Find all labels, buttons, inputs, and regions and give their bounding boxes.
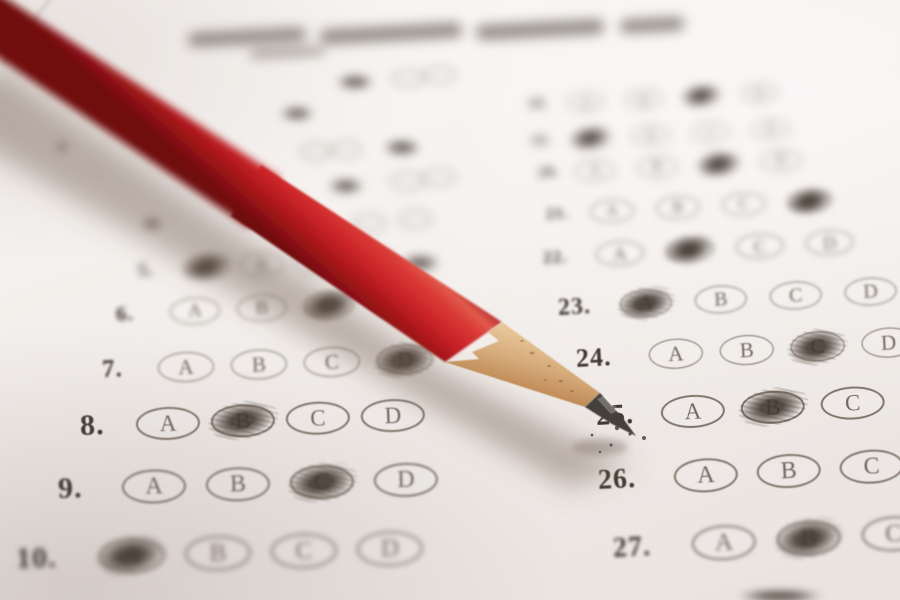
- choice-letter: A: [178, 356, 194, 378]
- blurred-empty-bubble: [300, 143, 332, 160]
- bubble-b: B: [631, 125, 670, 146]
- choice-letter: B: [230, 472, 247, 496]
- header-text-blur: [476, 19, 605, 41]
- bubble-a: A: [169, 296, 220, 325]
- choice-letter: A: [606, 203, 618, 220]
- bubble-a: A: [660, 393, 726, 429]
- bubble-a: A: [571, 128, 610, 149]
- question-number: 20.: [538, 164, 566, 182]
- choice-letter: A: [613, 244, 627, 263]
- choice-letter: D: [381, 536, 400, 561]
- bubble-d: D: [787, 188, 832, 213]
- choice-letter: B: [256, 256, 268, 273]
- choice-letter: B: [651, 160, 662, 176]
- bubble-a: A: [99, 537, 166, 574]
- choice-letter: C: [863, 454, 880, 479]
- question-number: 9.: [58, 471, 96, 506]
- question-number: 24.: [575, 342, 624, 374]
- bubble-a: A: [673, 457, 739, 494]
- choice-letter: A: [145, 474, 163, 498]
- choice-letter: A: [581, 95, 591, 108]
- bubble-a: A: [567, 92, 604, 112]
- bubble-d: D: [370, 288, 421, 317]
- blurred-empty-bubble: [391, 70, 425, 87]
- blurred-filled-bubble: [278, 106, 316, 121]
- bubble-b: B: [184, 535, 251, 572]
- blurred-filled-bubble: [334, 74, 376, 90]
- bubble-d: D: [741, 83, 778, 103]
- choice-letter: D: [755, 86, 765, 99]
- header-text-blur: [620, 16, 685, 33]
- bubble-d: D: [356, 530, 423, 567]
- bubble-c: C: [683, 86, 720, 106]
- question-number: 18.: [528, 96, 554, 113]
- choice-letter: B: [252, 354, 267, 375]
- blurred-filled-bubble: [141, 218, 163, 230]
- question-number: 10.: [16, 540, 70, 575]
- choice-letter: C: [706, 125, 715, 138]
- bubble-b: B: [756, 452, 822, 489]
- bubble-b: B: [210, 403, 275, 438]
- bubble-c: C: [293, 249, 340, 275]
- bubble-a: A: [183, 254, 230, 280]
- choice-letter: B: [739, 339, 754, 361]
- choice-letter: A: [589, 163, 601, 179]
- bubble-b: B: [776, 519, 842, 557]
- bubble-d: D: [861, 326, 900, 359]
- blurred-empty-bubble: [398, 210, 432, 228]
- bubble-c: C: [790, 330, 845, 363]
- bubble-b: B: [238, 252, 285, 278]
- bubble-b: B: [230, 349, 287, 381]
- choice-letter: C: [738, 196, 749, 213]
- choice-letter: A: [684, 400, 702, 424]
- question-number: 21.: [546, 204, 576, 223]
- choice-letter: D: [384, 403, 401, 427]
- choice-letter: D: [365, 251, 378, 269]
- bubble-a: A: [595, 240, 644, 267]
- bubble-a: A: [648, 337, 703, 370]
- bubble-d: D: [751, 118, 790, 139]
- bubble-a: A: [157, 351, 214, 383]
- bubble-c: C: [769, 280, 822, 311]
- bubble-d: D: [844, 276, 897, 307]
- choice-letter: A: [188, 301, 203, 321]
- choice-letter: C: [324, 351, 339, 372]
- choice-letter: D: [388, 292, 403, 312]
- bubble-a: A: [135, 405, 200, 440]
- header-text-blur: [250, 47, 324, 58]
- blurred-empty-bubble: [330, 141, 362, 158]
- bubble-c: C: [289, 464, 354, 500]
- choice-letter: A: [697, 463, 716, 488]
- bubble-d: D: [360, 397, 425, 432]
- bubble-d: D: [348, 247, 395, 273]
- choice-letter: A: [668, 343, 684, 365]
- bubble-d: D: [805, 229, 854, 256]
- answer-sheet-photo: 5.ABCD6.ABCD7.ABCD8.ABCD9.ABCD10.ABCD18.…: [0, 0, 900, 600]
- choice-letter: A: [159, 411, 176, 435]
- choice-letter: C: [844, 391, 861, 415]
- bubble-a: A: [619, 288, 672, 319]
- question-number: 7.: [102, 355, 134, 384]
- blurred-empty-bubble: [390, 172, 424, 190]
- bubble-a: A: [589, 198, 634, 223]
- blurred-empty-bubble: [352, 214, 386, 232]
- header-text-blur: [320, 22, 463, 44]
- bubble-c: C: [721, 192, 766, 217]
- question-number: 5.: [138, 259, 162, 281]
- header-text-blur: [188, 27, 307, 47]
- bubble-b: B: [236, 294, 287, 323]
- choice-letter: B: [714, 289, 728, 310]
- bubble-b: B: [625, 89, 662, 109]
- choice-letter: B: [209, 540, 226, 565]
- bubble-c: C: [698, 152, 739, 175]
- bubble-c: C: [303, 346, 360, 378]
- question-number: 27.: [612, 530, 665, 565]
- choice-letter: D: [863, 281, 878, 302]
- choice-letter: B: [255, 298, 269, 318]
- blurred-filled-bubble: [381, 139, 423, 156]
- bubble-b: B: [655, 195, 700, 220]
- blurred-filled-bubble: [55, 142, 69, 151]
- bubble-a: A: [574, 159, 615, 182]
- bubble-c: C: [735, 232, 784, 259]
- bubble-c: C: [270, 533, 337, 570]
- bubble-c: C: [861, 515, 900, 553]
- question-number: 6.: [115, 301, 143, 327]
- choice-letter: B: [780, 459, 797, 484]
- question-number: 23.: [557, 292, 601, 321]
- bubble-a: A: [122, 469, 187, 505]
- blurred-empty-bubble: [423, 66, 457, 83]
- choice-letter: D: [397, 468, 415, 492]
- choice-letter: C: [753, 237, 766, 256]
- choice-letter: C: [885, 521, 900, 547]
- bubble-b: B: [694, 284, 747, 315]
- choice-letter: D: [766, 122, 776, 135]
- choice-letter: A: [714, 530, 733, 556]
- bubble-b: B: [636, 156, 677, 179]
- bubble-c: C: [691, 122, 730, 143]
- question-number: 8.: [79, 408, 119, 443]
- bubble-b: B: [206, 466, 271, 502]
- choice-letter: C: [311, 253, 323, 270]
- bubble-b: B: [665, 236, 714, 263]
- choice-letter: B: [672, 199, 683, 216]
- blurred-filled-bubble: [732, 588, 828, 600]
- choice-letter: C: [295, 538, 312, 563]
- choice-letter: B: [646, 129, 655, 142]
- choice-letter: C: [310, 406, 326, 430]
- blurred-filled-bubble: [326, 178, 366, 194]
- bubble-d: D: [760, 149, 801, 172]
- choice-letter: D: [775, 153, 787, 169]
- blurred-filled-bubble: [398, 254, 442, 272]
- question-number: 22.: [542, 246, 574, 268]
- bubble-c: C: [820, 385, 886, 421]
- bubble-d: D: [376, 343, 433, 375]
- question-number: 25.: [595, 398, 648, 433]
- question-number: 19.: [531, 132, 557, 149]
- choice-letter: D: [823, 233, 837, 252]
- bubble-c: C: [285, 400, 350, 435]
- bubble-b: B: [740, 389, 806, 425]
- choice-letter: C: [788, 285, 802, 306]
- bubble-c: C: [839, 448, 900, 485]
- blurred-empty-bubble: [422, 168, 456, 186]
- choice-letter: D: [880, 332, 896, 354]
- bubble-d: D: [373, 462, 438, 498]
- question-number: 26.: [597, 462, 650, 497]
- bubble-b: B: [719, 334, 774, 367]
- choice-letter: B: [639, 92, 648, 105]
- bubble-c: C: [303, 291, 354, 320]
- bubble-a: A: [691, 524, 757, 562]
